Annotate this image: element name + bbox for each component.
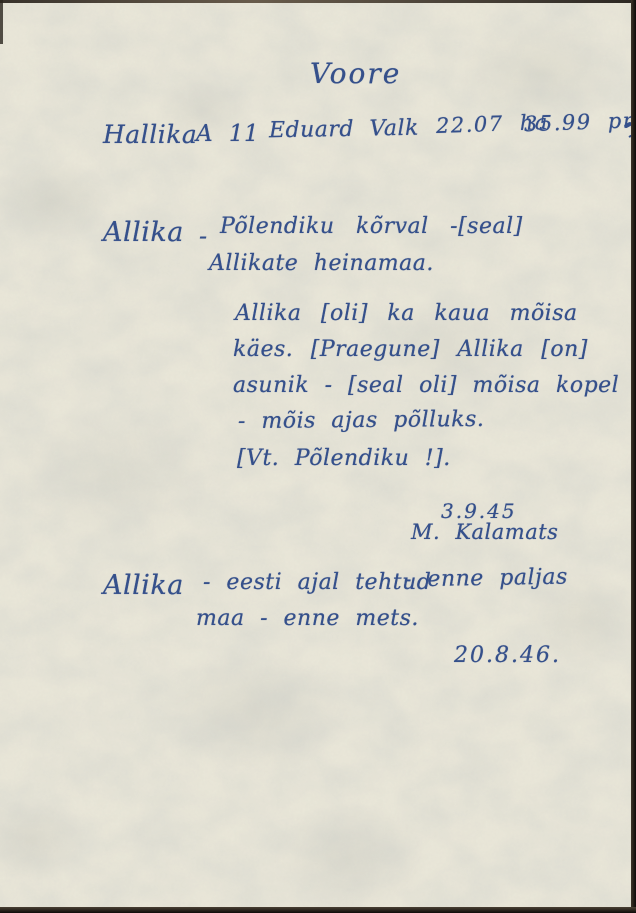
scan-edge-right xyxy=(631,0,636,913)
entry2-line1-part1: - eesti ajal tehtud xyxy=(203,570,431,595)
scan-edge-bottom xyxy=(0,907,636,913)
entry2-line2: maa - enne mets. xyxy=(196,606,419,631)
scan-edge-top xyxy=(0,0,636,3)
scanned-document-page: Voore Hallika A 11 Eduard Valk 22.07 ha … xyxy=(0,0,636,913)
header-farm-name: Hallika xyxy=(103,120,197,149)
entry1-note-line5: [Vt. Põlendiku !]. xyxy=(237,446,451,471)
entry2-keyword: Allika xyxy=(103,570,184,601)
entry1-dash: - xyxy=(199,222,208,250)
entry1-signature: M. Kalamats xyxy=(411,520,558,544)
entry1-keyword: Allika xyxy=(103,217,184,248)
header-owner-name: Eduard Valk xyxy=(269,116,419,144)
entry2-line1-part2: - enne paljas xyxy=(404,565,568,593)
entry1-note-line2: käes. [Praegune] Allika [on] xyxy=(233,337,588,362)
entry1-note-line1: Allika [oli] ka kaua mõisa xyxy=(235,301,578,326)
header-area-pm: 35.99 pm. xyxy=(524,108,636,136)
page-title: Voore xyxy=(310,57,401,90)
handwriting-layer: Voore Hallika A 11 Eduard Valk 22.07 ha … xyxy=(0,0,636,913)
entry1-definition-line1: Põlendiku kõrval -[seal] xyxy=(220,214,523,239)
entry1-note-line4: - mõis ajas põlluks. xyxy=(238,407,485,434)
entry1-definition-line2: Allikate heinamaa. xyxy=(209,251,434,276)
entry1-note-line3: asunik - [seal oli] mõisa kopel xyxy=(233,373,619,398)
entry2-date: 20.8.46. xyxy=(454,643,561,668)
header-plot-code: A 11 xyxy=(196,121,259,147)
scan-edge-left xyxy=(0,0,3,44)
